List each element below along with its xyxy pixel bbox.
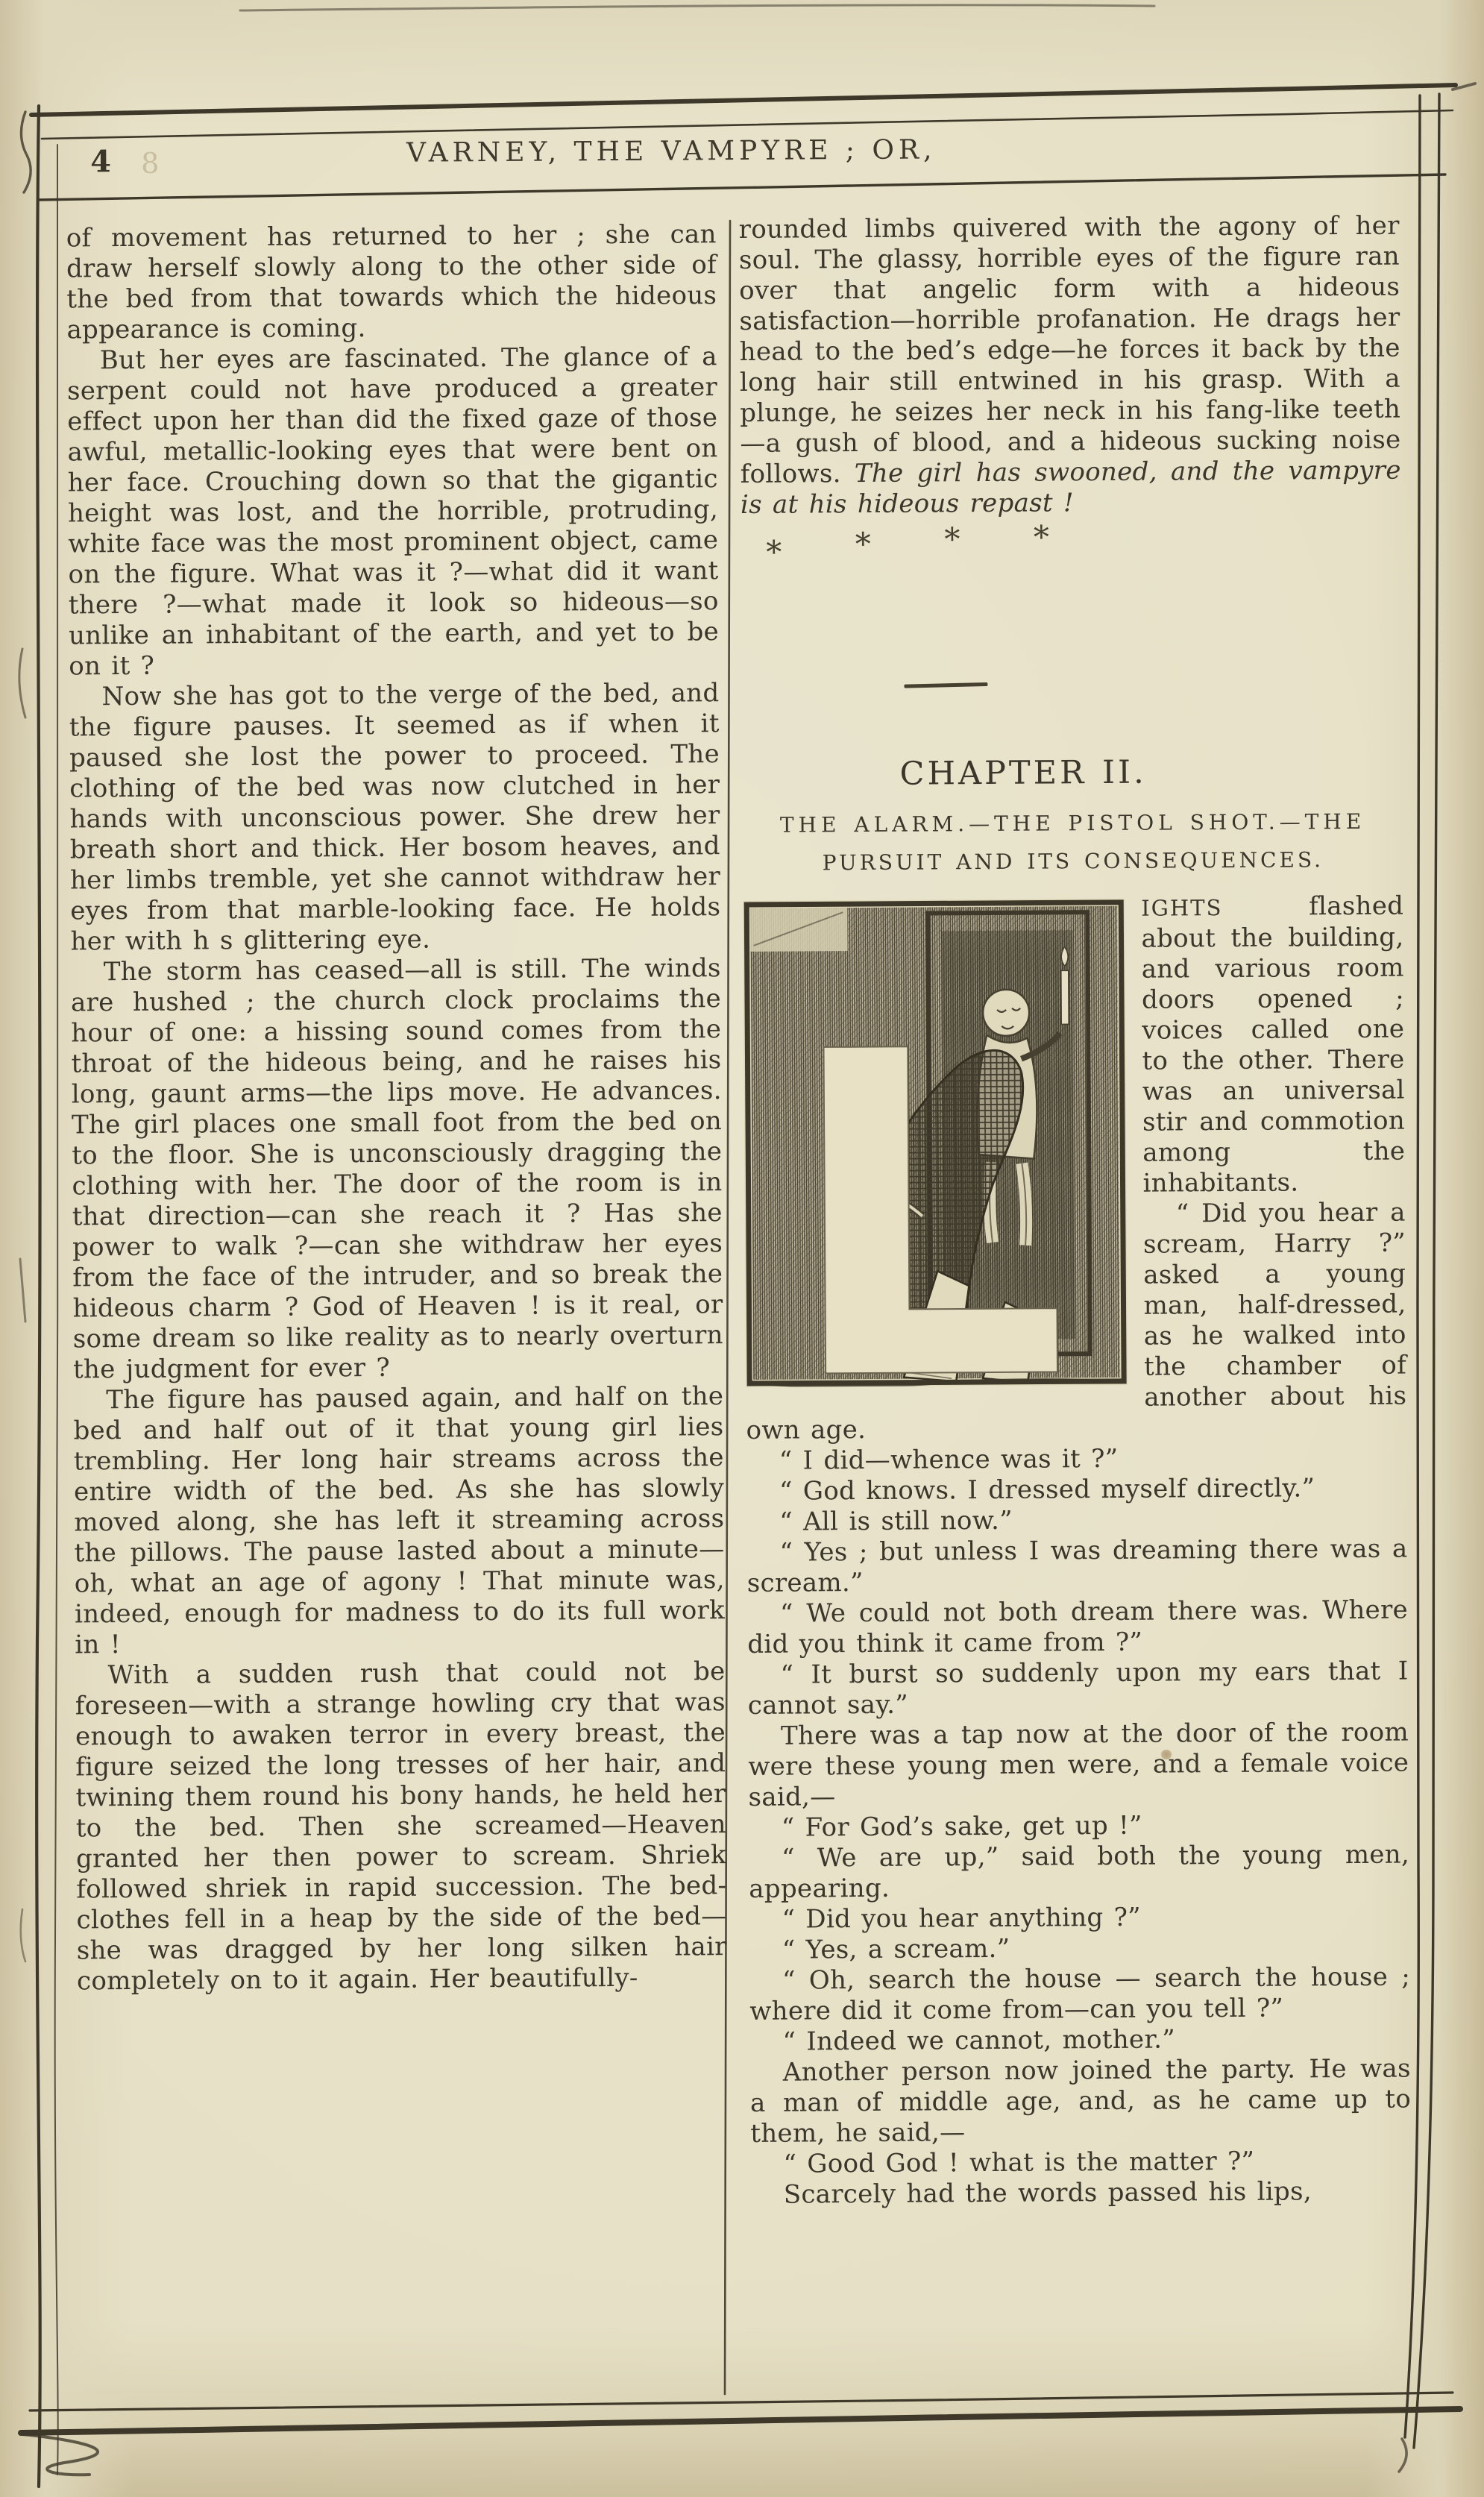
paragraph: The storm has ceased—all is still. The w… — [71, 953, 723, 1385]
ink-spot — [1160, 1750, 1172, 1759]
chapter-subtitle-line2: PURSUIT AND ITS CONSEQUENCES. — [743, 844, 1403, 879]
dialogue-line: “ I did—whence was it ?” — [746, 1442, 1407, 1477]
section-break-asterisks: * * * * — [766, 523, 1050, 588]
paragraph: of movement has returned to her ; she ca… — [66, 219, 717, 345]
asterisk: * — [1034, 521, 1050, 585]
running-title: VARNEY, THE VAMPYRE ; OR, — [406, 135, 914, 169]
chapter-subtitle-line1: THE ALARM.—THE PISTOL SHOT.—THE — [742, 806, 1403, 841]
left-column: of movement has returned to her ; she ca… — [66, 219, 728, 1997]
ghost-page-number: 8 — [141, 147, 159, 180]
asterisk: * — [855, 529, 872, 593]
dialogue-line: “ Good God ! what is the matter ?” — [750, 2146, 1411, 2180]
dialogue-line: “ All is still now.” — [746, 1504, 1407, 1538]
chapter-title: CHAPTER II. — [693, 756, 1353, 791]
opening-word: IGHTS — [1141, 895, 1222, 921]
chapter-divider-rule — [904, 682, 987, 688]
paragraph: Scarcely had the words passed his lips, — [751, 2176, 1412, 2211]
dialogue-line: “ Did you hear anything ?” — [749, 1901, 1409, 1935]
dialogue-line: “ Yes, a scream.” — [749, 1932, 1410, 1966]
dialogue-line: “ Indeed we cannot, mother.” — [749, 2023, 1410, 2058]
closing-text: rounded limbs quivered with the agony of… — [739, 211, 1401, 489]
opening-text: flashed about the building, and various … — [1141, 891, 1405, 1199]
chapter-opening: L IGHTS flashed about the building, and … — [743, 891, 1412, 2211]
right-column: rounded limbs quivered with the agony of… — [739, 211, 1412, 2211]
staircase-candle-engraving-illustration: L — [743, 899, 1128, 1387]
dialogue-line: “ We could not both dream there was. Whe… — [747, 1595, 1408, 1660]
paragraph: Now she has got to the verge of the bed,… — [69, 678, 720, 957]
paragraph: The figure has paused again, and half on… — [73, 1381, 725, 1660]
dialogue-line: “ Oh, search the house — search the hous… — [749, 1962, 1410, 2027]
dialogue-line: “ God knows. I dressed myself directly.” — [746, 1473, 1407, 1507]
page-header: 4 8 VARNEY, THE VAMPYRE ; OR, — [0, 0, 1478, 4]
paragraph: But her eyes are fascinated. The glance … — [67, 342, 720, 682]
illustration-initial-letter: L — [782, 956, 1071, 1387]
asterisk: * — [944, 524, 960, 588]
asterisk: * — [766, 537, 782, 601]
scanned-book-page: 4 8 VARNEY, THE VAMPYRE ; OR, of movemen… — [0, 0, 1484, 2497]
paragraph: Another person now joined the party. He … — [750, 2054, 1412, 2149]
dialogue-line: “ Yes ; but unless I was dreaming there … — [746, 1534, 1407, 1599]
page-number: 4 — [90, 144, 113, 179]
dialogue-line: “ For God’s sake, get up !” — [749, 1809, 1409, 1844]
dialogue-line: “ It burst so suddenly upon my ears that… — [747, 1656, 1408, 1721]
paragraph: There was a tap now at the door of the r… — [748, 1718, 1409, 1813]
paragraph: With a sudden rush that could not be for… — [75, 1656, 727, 1997]
dialogue-line: “ We are up,” said both the young men, a… — [749, 1840, 1409, 1905]
chapter-one-closing-paragraph: rounded limbs quivered with the agony of… — [739, 211, 1401, 521]
